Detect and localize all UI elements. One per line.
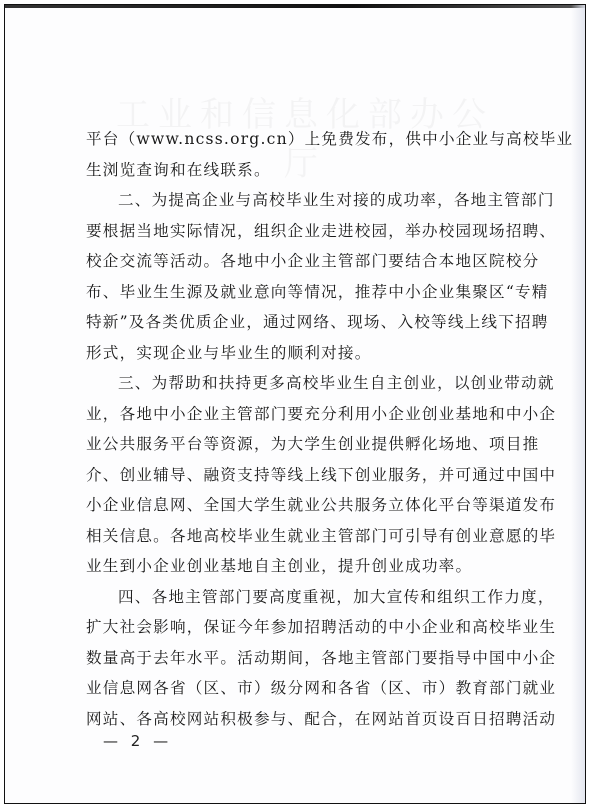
text-line: 业，各地中小企业主管部门要充分利用小企业创业基地和中小企 bbox=[86, 399, 532, 430]
text-line: 布、毕业生生源及就业意向等情况，推荐中小企业集聚区“专精 bbox=[86, 277, 532, 308]
text-line: 校企交流等活动。各地中小企业主管部门要结合本地区院校分 bbox=[86, 246, 532, 277]
page-number: — 2 — bbox=[103, 732, 172, 750]
text-line: 特新”及各类优质企业，通过网络、现场、入校等线上线下招聘 bbox=[86, 307, 532, 338]
text-line: 相关信息。各地高校毕业生就业主管部门可引导有创业意愿的毕 bbox=[86, 521, 532, 552]
document-body: 平台（www.ncss.org.cn）上免费发布，供中小企业与高校毕业生浏览查询… bbox=[86, 124, 532, 734]
text-line: 业公共服务平台等资源，为大学生创业提供孵化场地、项目推 bbox=[86, 429, 532, 460]
text-line: 平台（www.ncss.org.cn）上免费发布，供中小企业与高校毕业 bbox=[86, 124, 532, 155]
text-line: 业信息网各省（区、市）级分网和各省（区、市）教育部门就业 bbox=[86, 673, 532, 704]
paragraph-first-line: 四、各地主管部门要高度重视，加大宣传和组织工作力度， bbox=[86, 582, 532, 613]
paragraph-first-line: 二、为提高企业与高校毕业生对接的成功率，各地主管部门 bbox=[86, 185, 532, 216]
text-line: 介、创业辅导、融资支持等线上线下创业服务，并可通过中国中 bbox=[86, 460, 532, 491]
text-line: 形式，实现企业与毕业生的顺利对接。 bbox=[86, 338, 532, 369]
paragraph-first-line: 三、为帮助和扶持更多高校毕业生自主创业，以创业带动就 bbox=[86, 368, 532, 399]
text-line: 网站、各高校网站积极参与、配合，在网站首页设百日招聘活动 bbox=[86, 704, 532, 735]
text-line: 生浏览查询和在线联系。 bbox=[86, 155, 532, 186]
text-line: 数量高于去年水平。活动期间，各地主管部门要指导中国中小企 bbox=[86, 643, 532, 674]
text-line: 小企业信息网、全国大学生就业公共服务立体化平台等渠道发布 bbox=[86, 490, 532, 521]
text-line: 要根据当地实际情况，组织企业走进校园，举办校园现场招聘、 bbox=[86, 216, 532, 247]
text-line: 业生到小企业创业基地自主创业，提升创业成功率。 bbox=[86, 551, 532, 582]
scan-edge-shadow bbox=[571, 5, 585, 803]
text-line: 扩大社会影响，保证今年参加招聘活动的中小企业和高校毕业生 bbox=[86, 612, 532, 643]
